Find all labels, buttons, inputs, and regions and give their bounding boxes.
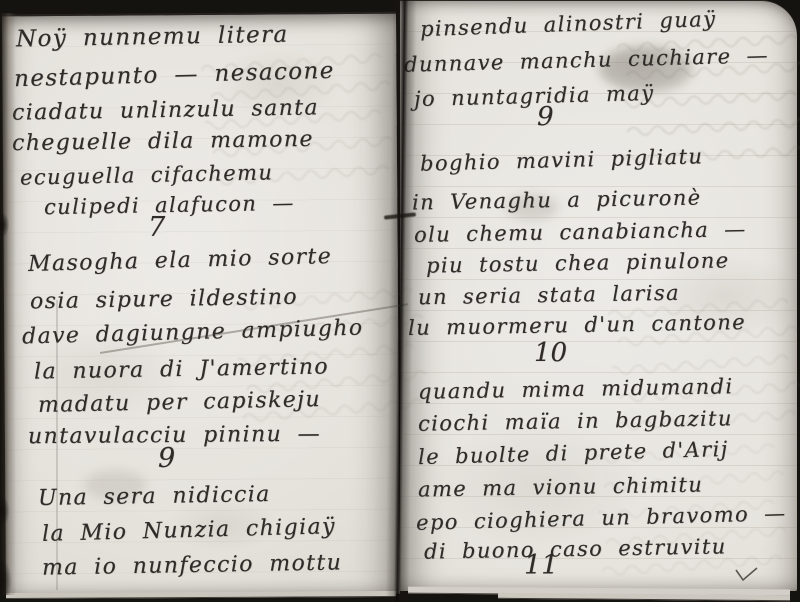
handwritten-line: in Venaghu a picuronè bbox=[412, 185, 702, 214]
handwritten-line: ame ma vionu chimitu bbox=[418, 473, 704, 502]
stanza-number: 10 bbox=[534, 338, 567, 368]
handwritten-line: la nuora di J'amertino bbox=[34, 354, 329, 384]
handwritten-line: Una sera nidiccia bbox=[38, 482, 271, 511]
stanza-number: 11 bbox=[524, 550, 558, 581]
handwritten-line: Noÿ nunnemu litera bbox=[16, 22, 289, 53]
stanza-number: 9 bbox=[537, 102, 554, 132]
page-edge bbox=[498, 593, 790, 602]
manuscript-scan: Noÿ nunnemu litera nestapunto — nesacone… bbox=[0, 0, 800, 602]
handwritten-line: ciadatu unlinzulu santa bbox=[12, 95, 319, 125]
stanza-number: 7 bbox=[148, 212, 165, 243]
handwritten-line: ma io nunfeccio mottu bbox=[42, 550, 343, 580]
handwritten-line: osia sipure ildestino bbox=[30, 285, 298, 315]
handwritten-line: cheguelle dila mamone bbox=[12, 127, 314, 156]
stanza-number: 9 bbox=[158, 443, 175, 474]
handwritten-line: culipedi alafucon — bbox=[44, 191, 295, 219]
handwritten-line: un seria stata larisa bbox=[418, 281, 680, 310]
